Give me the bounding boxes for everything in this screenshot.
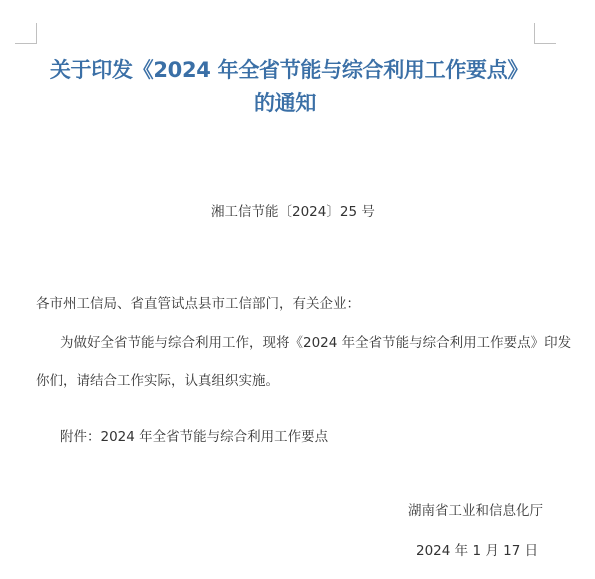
- document-number: 湘工信节能〔2024〕25 号: [211, 203, 375, 221]
- salutation: 各市州工信局、省直管试点县市工信部门，有关企业：: [36, 295, 360, 313]
- page-corner-mark-top-left: [15, 23, 37, 44]
- page-corner-mark-top-right: [534, 23, 556, 44]
- document-title-line-1: 关于印发《2024 年全省节能与综合利用工作要点》: [4, 54, 574, 84]
- issuing-authority: 湖南省工业和信息化厅: [408, 502, 543, 520]
- issue-date: 2024 年 1 月 17 日: [416, 542, 538, 560]
- attachment-line: 附件：2024 年全省节能与综合利用工作要点: [60, 428, 328, 446]
- document-title-line-2: 的通知: [0, 87, 570, 117]
- body-paragraph-line-1: 为做好全省节能与综合利用工作，现将《2024 年全省节能与综合利用工作要点》印发: [60, 334, 571, 352]
- body-paragraph-line-2: 你们，请结合工作实际，认真组织实施。: [36, 372, 279, 390]
